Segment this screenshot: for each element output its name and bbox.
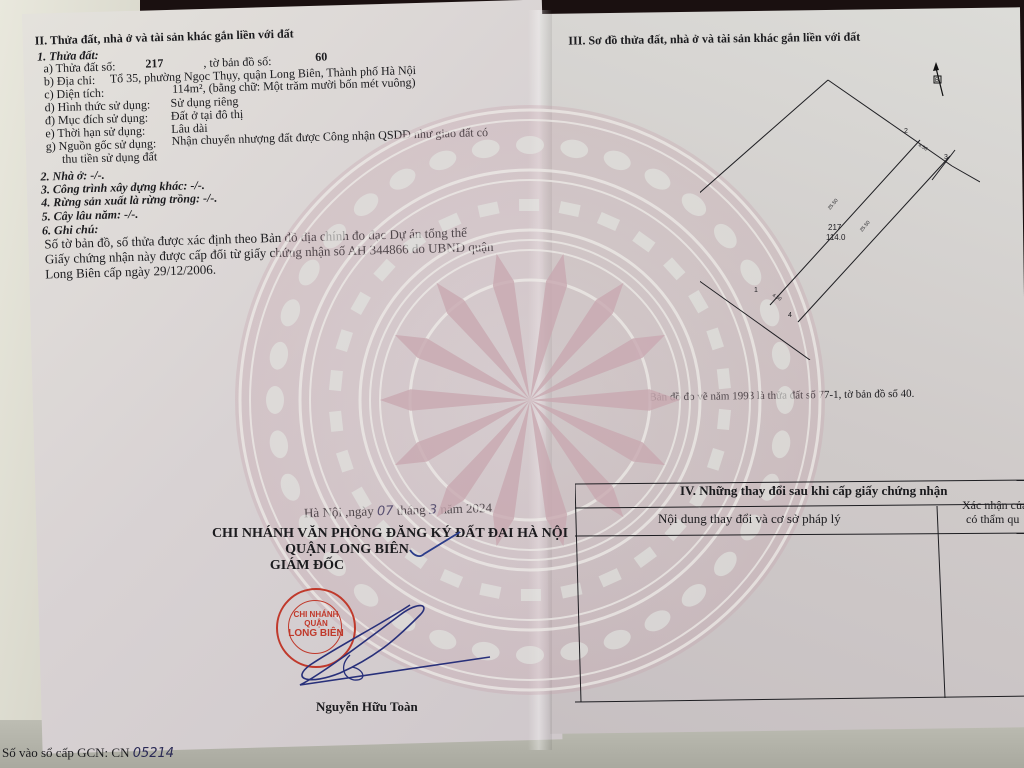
changes-col-confirm-2: có thẩm qu xyxy=(966,512,1019,526)
date-year: năm 2024 xyxy=(440,500,492,516)
perennial-line: 5. Cây lâu năm: -/-. xyxy=(41,207,138,224)
date-line: Hà Nội ,ngày 07 tháng 3 năm 2024 xyxy=(304,501,492,521)
north-arrow-icon: B xyxy=(933,62,943,96)
map-note: Bản đồ đo vẽ năm 1993 là thửa đất số 77-… xyxy=(649,387,914,405)
edge-length-left: 25.50 xyxy=(827,198,840,212)
vertex-label-2: 2 xyxy=(904,128,908,135)
date-month: 3 xyxy=(429,503,438,518)
north-label: B xyxy=(935,78,939,84)
vertex-label-3: 3 xyxy=(944,154,948,161)
origin-value-cont: thu tiền sử dụng đất xyxy=(62,149,158,166)
month-label: tháng xyxy=(397,502,426,518)
office-line-1: CHI NHÁNH VĂN PHÒNG ĐĂNG KÝ ĐẤT ĐAI HÀ N… xyxy=(200,525,580,542)
edge-length-right: 25.50 xyxy=(859,220,872,234)
section-ii-title: II. Thửa đất, nhà ở và tài sản khác gắn … xyxy=(35,26,294,47)
edge-length-top: 4.50 xyxy=(917,143,929,153)
page-fold xyxy=(528,10,552,750)
section-iv-title: IV. Những thay đổi sau khi cấp giấy chứn… xyxy=(680,484,948,498)
parcel-number: 217 xyxy=(145,56,163,70)
origin-value: Nhận chuyển nhượng đất được Công nhận QS… xyxy=(171,125,488,148)
register-number-line: Số vào sổ cấp GCN: CN 05214 xyxy=(2,746,174,761)
vertex-label-4: 4 xyxy=(788,312,792,319)
parcel-diagram: 2 3 1 4 4.50 4.50 25.50 25.50 217 114.0 … xyxy=(700,60,980,360)
section-iii-title: III. Sơ đồ thửa đất, nhà ở và tài sản kh… xyxy=(568,30,860,48)
note-line-3: Long Biên cấp ngày 29/12/2006. xyxy=(45,263,216,282)
changes-col-confirm-1: Xác nhận của xyxy=(962,498,1024,512)
director-signature xyxy=(280,585,500,695)
register-number-label: Số vào sổ cấp GCN: CN xyxy=(2,745,129,760)
office-role: GIÁM ĐỐC xyxy=(222,557,392,574)
parcel-area-label: 114.0 xyxy=(826,233,846,242)
parcel-number-label: 217 xyxy=(828,223,842,232)
check-mark-icon xyxy=(408,530,464,560)
date-day: 07 xyxy=(377,504,394,519)
changes-col-content: Nội dung thay đổi và cơ sở pháp lý xyxy=(658,512,841,526)
date-prefix: Hà Nội ,ngày xyxy=(304,503,374,520)
edge-length-bottom: 4.50 xyxy=(771,293,783,303)
vertex-label-1: 1 xyxy=(754,287,758,294)
register-number-value: 05214 xyxy=(133,746,174,761)
map-sheet-number: 60 xyxy=(315,49,327,63)
signer-name: Nguyễn Hữu Toàn xyxy=(316,700,418,714)
